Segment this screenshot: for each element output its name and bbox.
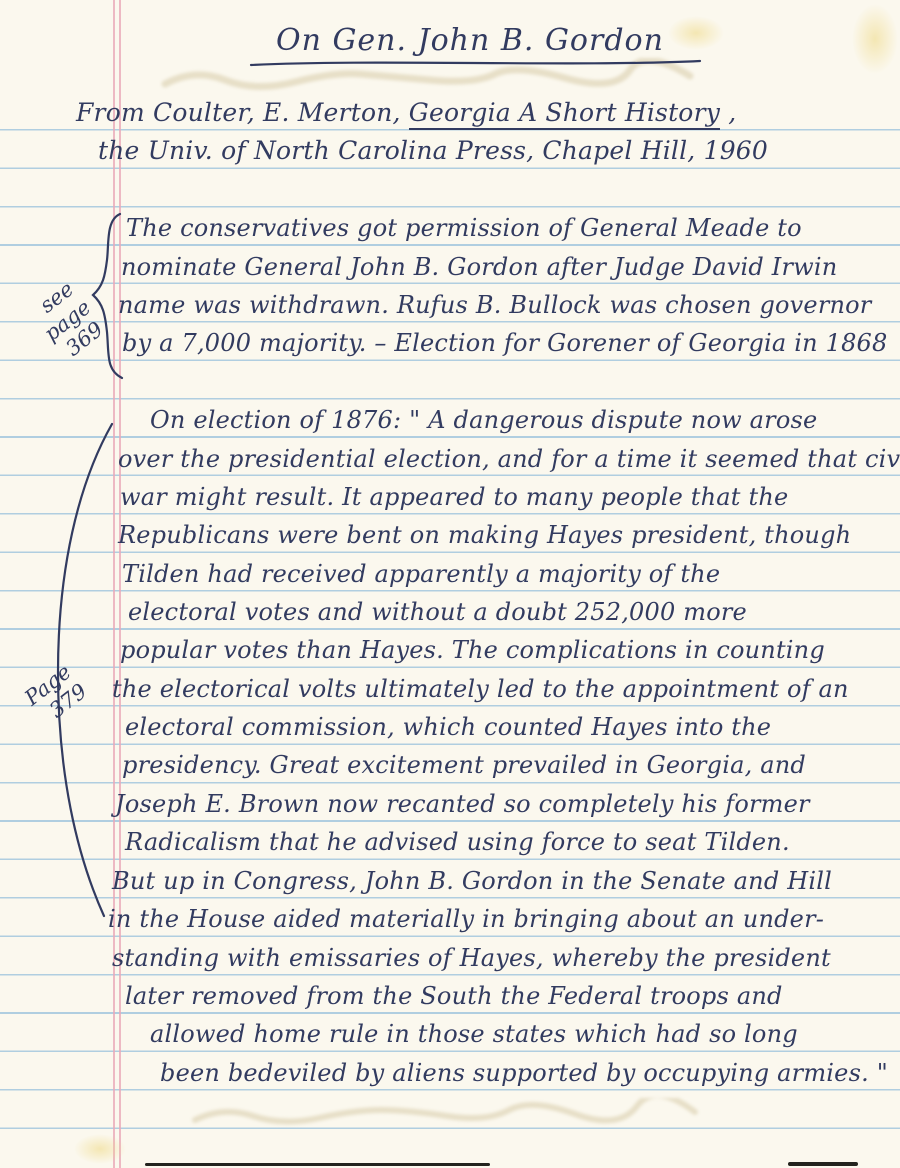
citation-prefix: From Coulter, E. Merton, <box>76 98 409 127</box>
paper-smudge <box>668 16 724 50</box>
ink-bleed-through <box>190 1098 750 1134</box>
handwritten-note-page: On Gen. John B. Gordon From Coulter, E. … <box>0 0 900 1168</box>
excerpt-1876-line: later removed from the South the Federal… <box>125 977 783 1015</box>
scan-edge-artifact <box>788 1162 858 1166</box>
margin-line <box>119 0 121 1168</box>
excerpt-1876-line: Republicans were bent on making Hayes pr… <box>118 516 851 554</box>
citation-suffix: , <box>720 98 736 127</box>
excerpt-1876-line: standing with emissaries of Hayes, where… <box>112 939 831 977</box>
page-title: On Gen. John B. Gordon <box>276 22 664 60</box>
paper-smudge <box>74 1134 126 1164</box>
excerpt-1868-line: name was withdrawn. Rufus B. Bullock was… <box>118 286 871 324</box>
excerpt-1876-line: electoral votes and without a doubt 252,… <box>128 593 747 631</box>
title-underline <box>248 56 704 70</box>
excerpt-1876-line: in the House aided materially in bringin… <box>108 900 824 938</box>
excerpt-1876-line: Radicalism that he advised using force t… <box>125 823 790 861</box>
excerpt-1876-line: But up in Congress, John B. Gordon in th… <box>112 862 832 900</box>
excerpt-1876-line: presidency. Great excitement prevailed i… <box>122 746 806 784</box>
citation-line-2: the Univ. of North Carolina Press, Chape… <box>98 132 768 170</box>
excerpt-1876-line: war might result. It appeared to many pe… <box>120 478 788 516</box>
excerpt-1876-line: Joseph E. Brown now recanted so complete… <box>115 785 810 823</box>
excerpt-1876-line: electoral commission, which counted Haye… <box>125 708 771 746</box>
excerpt-1876-line: allowed home rule in those states which … <box>150 1015 798 1053</box>
excerpt-1876-line: the electorical volts ultimately led to … <box>112 670 849 708</box>
citation-book-title: Georgia A Short History <box>409 98 720 130</box>
excerpt-1868-line: The conservatives got permission of Gene… <box>126 209 802 247</box>
excerpt-1876-line: Tilden had received apparently a majorit… <box>122 555 720 593</box>
excerpt-1876-line: been bedeviled by aliens supported by oc… <box>160 1054 888 1092</box>
scan-edge-artifact <box>145 1163 490 1166</box>
paper-smudge <box>852 4 898 74</box>
excerpt-1876-line: On election of 1876: " A dangerous dispu… <box>150 401 817 439</box>
excerpt-1868-line: by a 7,000 majority. – Election for Gore… <box>122 324 888 362</box>
excerpt-1876-line: popular votes than Hayes. The complicati… <box>120 631 825 669</box>
citation-line-1: From Coulter, E. Merton, Georgia A Short… <box>76 94 736 132</box>
excerpt-1876-line: over the presidential election, and for … <box>118 440 900 478</box>
excerpt-1868-line: nominate General John B. Gordon after Ju… <box>121 248 837 286</box>
